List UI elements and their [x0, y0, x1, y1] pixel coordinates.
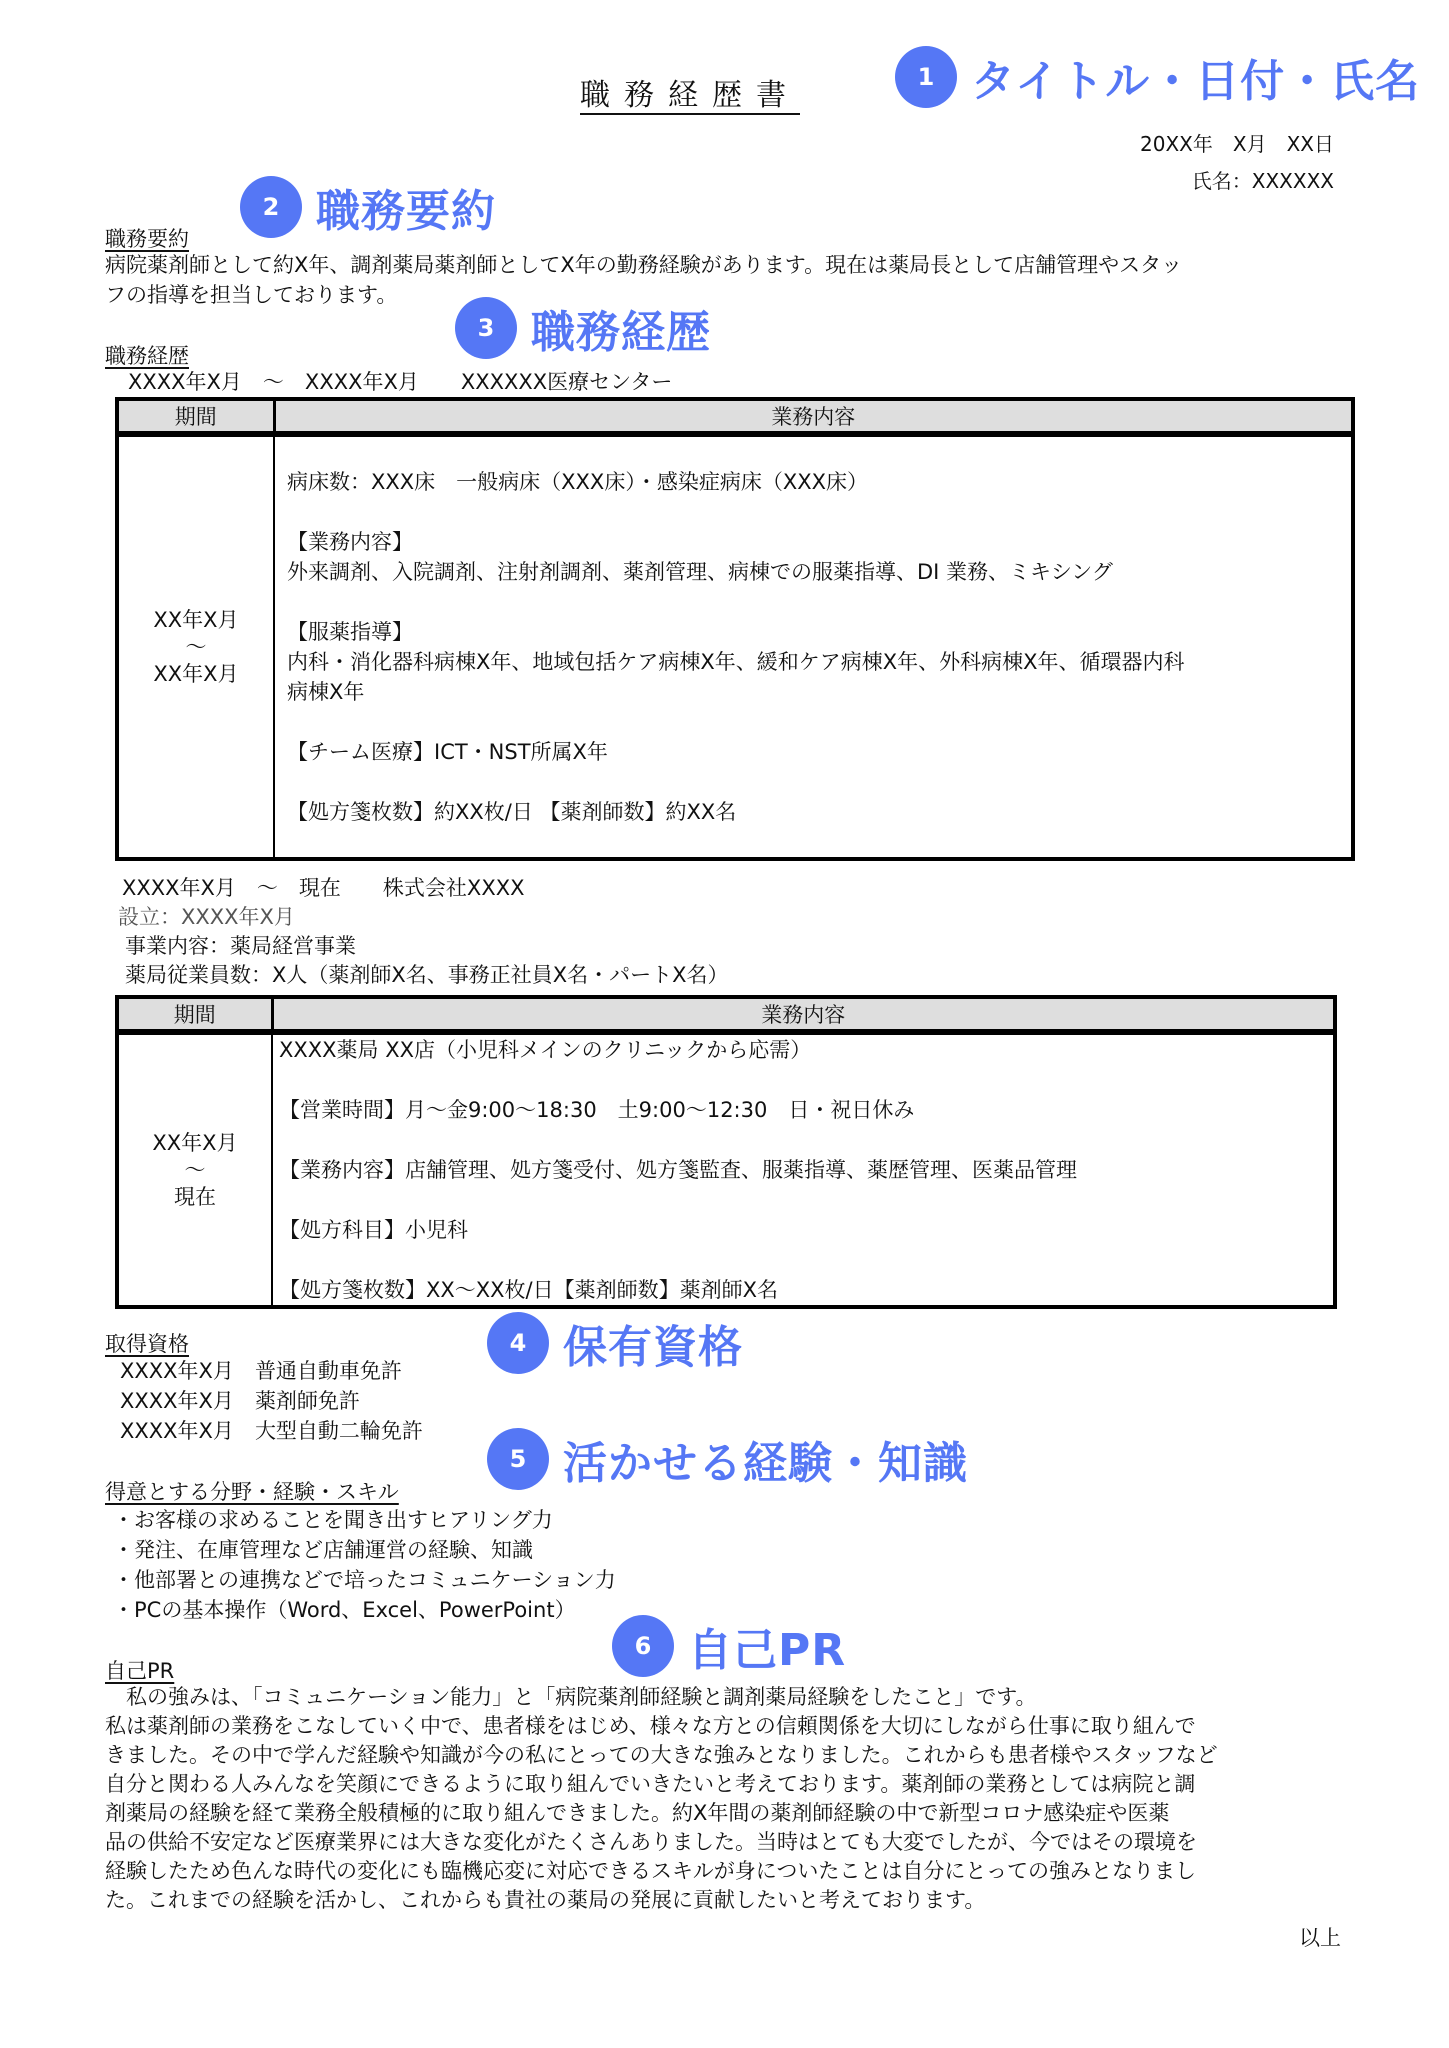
- annotation-label: 職務要約: [316, 175, 496, 239]
- annotation-5: 5 活かせる経験・知識: [487, 1427, 968, 1491]
- summary-heading: 職務要約: [105, 223, 189, 253]
- number-badge-icon: 6: [612, 1615, 674, 1677]
- number-badge-icon: 1: [895, 46, 957, 108]
- job-2-content: XXXX薬局 XX店（小児科メインのクリニックから応需） 【営業時間】月～金9:…: [272, 1032, 1335, 1307]
- document-title: 職務経歴書: [580, 70, 800, 114]
- number-badge-icon: 4: [487, 1312, 549, 1374]
- skills-heading: 得意とする分野・経験・スキル: [105, 1476, 399, 1506]
- annotation-label: 自己PR: [688, 1614, 846, 1678]
- closing-text: 以上: [1299, 1923, 1341, 1953]
- job-1-table: 期間 業務内容 XX年X月 ～ XX年X月 病床数：XXX床 一般病床（XXX床…: [115, 397, 1355, 861]
- job-1-period: XX年X月 ～ XX年X月: [117, 434, 274, 859]
- qualification-item: XXXX年X月 普通自動車免許: [120, 1356, 423, 1386]
- qualification-item: XXXX年X月 大型自動二輪免許: [120, 1416, 423, 1446]
- career-heading: 職務経歴: [105, 340, 189, 370]
- job-2-table: 期間 業務内容 XX年X月 ～ 現在 XXXX薬局 XX店（小児科メインのクリニ…: [115, 995, 1337, 1309]
- period-column-header: 期間: [117, 399, 274, 434]
- annotation-label: 活かせる経験・知識: [563, 1427, 968, 1491]
- annotation-label: 職務経歴: [531, 296, 711, 360]
- job-1-content: 病床数：XXX床 一般病床（XXX床）・感染症病床（XXX床） 【業務内容】 外…: [274, 434, 1353, 859]
- skills-list: ・お客様の求めることを聞き出すヒアリング力 ・発注、在庫管理など店舗運営の経験、…: [113, 1505, 616, 1625]
- company-employees: 薬局従業員数：X人（薬剤師X名、事務正社員X名・パートX名）: [125, 960, 729, 990]
- annotation-2: 2 職務要約: [240, 175, 496, 239]
- company-established: 設立：XXXX年X月: [118, 902, 295, 932]
- annotation-4: 4 保有資格: [487, 1311, 743, 1375]
- content-column-header: 業務内容: [272, 997, 1335, 1032]
- number-badge-icon: 5: [487, 1428, 549, 1490]
- annotation-3: 3 職務経歴: [455, 296, 711, 360]
- qualifications-heading: 取得資格: [105, 1328, 189, 1358]
- qualification-item: XXXX年X月 薬剤師免許: [120, 1386, 423, 1416]
- document-date: 20XX年 X月 XX日: [1140, 128, 1334, 157]
- job-2-period: XX年X月 ～ 現在: [117, 1032, 272, 1307]
- document-name: 氏名：XXXXXX: [1192, 165, 1334, 194]
- self-pr-heading: 自己PR: [105, 1655, 174, 1685]
- annotation-label: 保有資格: [563, 1311, 743, 1375]
- skill-item: ・他部署との連携などで培ったコミュニケーション力: [113, 1565, 616, 1595]
- job-2-header: XXXX年X月 ～ 現在 株式会社XXXX: [122, 873, 524, 903]
- annotation-1: 1 タイトル・日付・氏名: [895, 45, 1420, 109]
- annotation-6: 6 自己PR: [612, 1614, 846, 1678]
- qualifications-list: XXXX年X月 普通自動車免許 XXXX年X月 薬剤師免許 XXXX年X月 大型…: [120, 1356, 423, 1446]
- skill-item: ・お客様の求めることを聞き出すヒアリング力: [113, 1505, 616, 1535]
- content-column-header: 業務内容: [274, 399, 1353, 434]
- number-badge-icon: 3: [455, 297, 517, 359]
- number-badge-icon: 2: [240, 176, 302, 238]
- job-1-header: XXXX年X月 ～ XXXX年X月 XXXXXX医療センター: [128, 367, 672, 397]
- self-pr-text: 私の強みは、「コミュニケーション能力」と「病院薬剤師経験と調剤薬局経験をしたこと…: [105, 1683, 1365, 1915]
- company-business: 事業内容：薬局経営事業: [125, 931, 356, 961]
- period-column-header: 期間: [117, 997, 272, 1032]
- skill-item: ・PCの基本操作（Word、Excel、PowerPoint）: [113, 1595, 616, 1625]
- skill-item: ・発注、在庫管理など店舗運営の経験、知識: [113, 1535, 616, 1565]
- annotation-label: タイトル・日付・氏名: [971, 45, 1420, 109]
